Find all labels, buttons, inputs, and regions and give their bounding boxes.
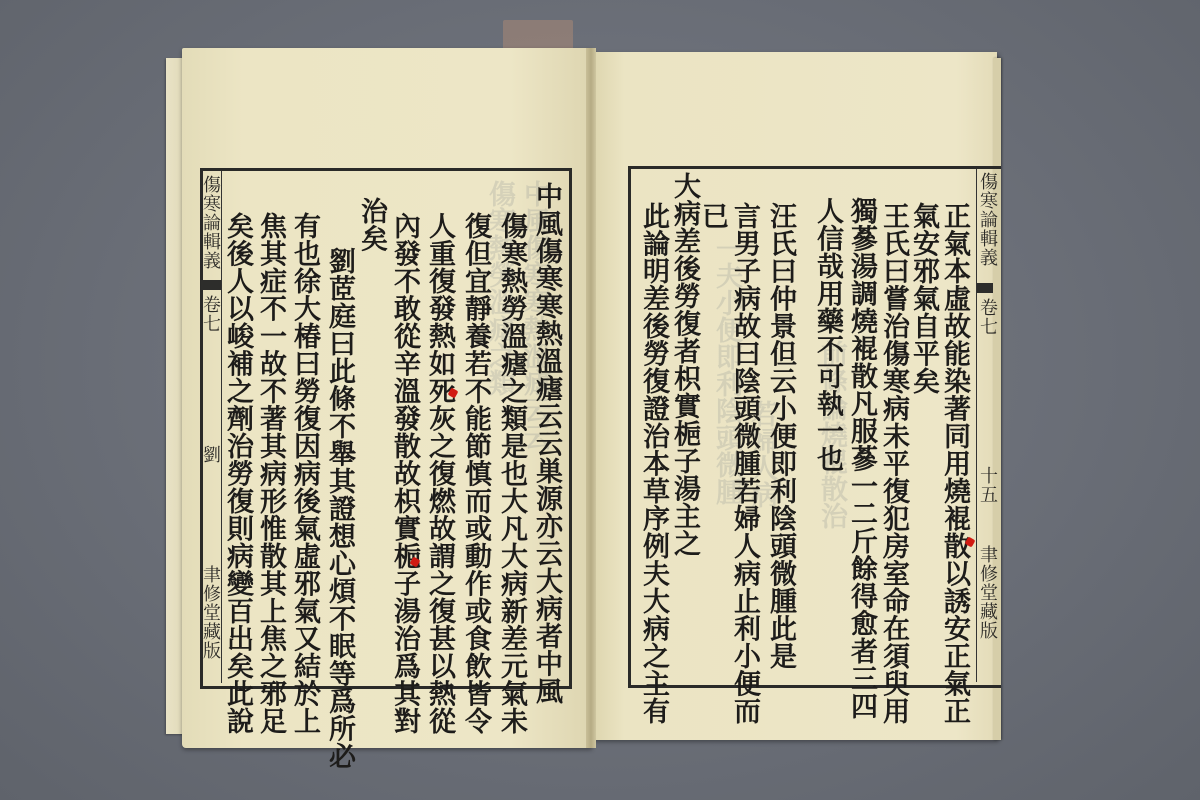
text-column: 中風傷寒寒熱溫瘧云云巣源亦云大病者中風 (531, 182, 561, 705)
text-column: 有也徐大椿曰勞復因病後氣虛邪氣又結於上 (289, 212, 319, 735)
book-photo-scene: 傷寒論輯義 卷七 劉 聿修堂藏版 中風傷寒寒熱溫瘧云云 傷寒熱勞溫瘧之類 中風傷… (0, 0, 1200, 800)
text-column: 此論明差後勞復證治本草序例夫大病之主有 (638, 202, 668, 725)
left-ban-xin-fishtail (201, 280, 221, 290)
text-column: 獨蔘湯調燒裩散凡服蔘一二斤餘得愈者三四 (846, 197, 876, 720)
text-column: 傷寒熱勞溫瘧之類是也大凡大病新差元氣未 (496, 212, 526, 735)
text-column: 王氏曰嘗治傷寒病未平復犯房室命在須臾用 (878, 202, 908, 725)
text-column: 正氣本虛故能染著同用燒裩散以誘安正氣正 (939, 202, 969, 725)
text-column: 人信哉用藥不可執一也 (812, 197, 842, 472)
right-ban-xin-page-number: 十五 (977, 466, 997, 504)
text-column: 氣安邪氣自平矣 (908, 202, 938, 395)
left-ban-xin-title: 傷寒論輯義 (200, 175, 220, 270)
text-column: 內發不敢從辛溫發散故枳實梔子湯治爲其對 (389, 212, 419, 735)
right-ban-xin-title: 傷寒論輯義 (977, 172, 997, 267)
text-column: 已 (697, 202, 727, 230)
text-column: 治矣 (356, 197, 386, 252)
text-column: 言男子病故曰陰頭微腫若婦人病止利小便而 (729, 202, 759, 725)
right-ban-xin-juan: 卷七 (977, 298, 997, 336)
text-column: 人重復發熱如死灰之復燃故謂之復甚以熱從 (424, 212, 454, 735)
left-ban-xin-publisher: 聿修堂藏版 (200, 565, 220, 660)
text-column: 汪氏曰仲景但云小便即利陰頭微腫此是 (765, 202, 795, 670)
text-column: 劉茝庭曰此條不舉其證想心煩不眠等爲所必 (324, 247, 354, 770)
text-column: 焦其症不一故不著其病形惟散其上焦之邪足 (255, 212, 285, 735)
text-column: 大病差後勞復者枳實梔子湯主之 (669, 172, 699, 557)
text-column: 矣後人以峻補之劑治勞復則病變百出矣此說 (222, 212, 252, 735)
left-ban-xin-juan: 卷七 (200, 295, 220, 333)
right-ban-xin-publisher: 聿修堂藏版 (977, 545, 997, 640)
text-column: 復但宜靜養若不能節慎而或動作或食飲皆令 (460, 212, 490, 735)
right-ban-xin-fishtail (977, 283, 993, 293)
left-ban-xin-mid: 劉 (200, 445, 220, 464)
book-gutter (586, 48, 596, 748)
